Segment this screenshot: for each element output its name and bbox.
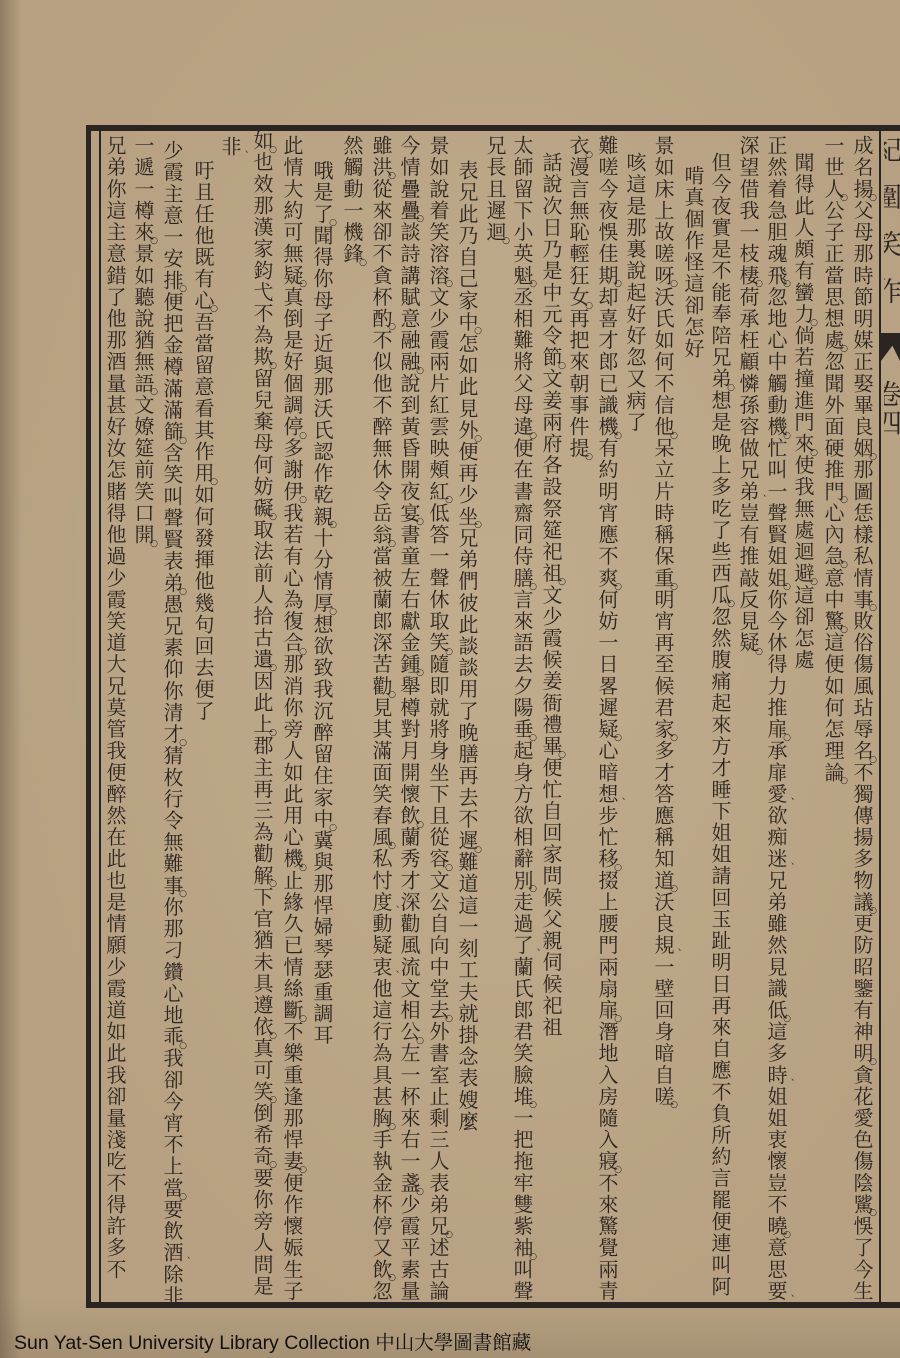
- text-column: 兄長且遲迴○: [482, 135, 508, 243]
- text-column: 一遞一樽來○景如聽說猶無語○文嫽筵前笑口開○: [130, 135, 156, 546]
- text-column: 太師留下小英魁○丞相難將父母違○便在書齋同侍膳○言來語去夕陽垂○起身方欲相辭別○…: [509, 135, 535, 1302]
- text-column: 啃真個作怪這卻怎好: [680, 165, 706, 359]
- frame-top-border: [86, 125, 900, 131]
- text-column: 景如說着笑溶溶○文少霞兩片紅雲映頰紅○低答一聲休取笑○隨即就將身坐下且從容○文公…: [425, 135, 451, 1302]
- text-column: 表兄此乃自己家中○怎如此見外○便再少坐○兄弟們彼此談談用了晚膳再去不遲○難道這一…: [454, 160, 480, 1132]
- frame-left-inner-border: [99, 131, 101, 1302]
- text-column: 難嗟今夜悞佳期○却喜才郎已識機○有約明宵應不爽○何妨一日畧遲疑○心暗想、步忙移○…: [594, 135, 620, 1302]
- text-column: 正然着急胆魂飛○忽地心中觸動機○忙叫一聲賢姐姐○你今休得力推扉○承扉愛、欲痴迷、…: [763, 135, 789, 1302]
- margin-volume: 卷四: [884, 380, 900, 460]
- margin-title: 紀圍笑作: [884, 136, 900, 336]
- library-watermark: Sun Yat-Sen University Library Collectio…: [14, 1327, 531, 1355]
- text-column: 然觸動一機鋒○: [339, 135, 365, 265]
- text-column: 今情疊疊○談詩講賦意融融○說到黃昏開夜宴○書童左右獻金鍾○舉樽對月開懷飲○蘭秀才…: [396, 135, 422, 1302]
- text-column: 咳這是那裏說起好好忽又病了: [622, 152, 648, 433]
- text-column: 但今夜實是不能奉陪兄弟○想是晚上多吃了些西瓜○忽然腹痛起來方才睡下姐姐請回玉趾明…: [707, 152, 733, 1297]
- text-column: 哦是了○聞得你母子近與那沃氏認作乾親○十分情厚○想欲致我沉醉留住家中○冀與那悍婦…: [309, 160, 335, 1046]
- text-column: 深望借我一枝棲○荷承枉顧憐孫容做兄弟、豈有推敲反見疑○: [735, 135, 761, 654]
- text-column: 非、: [217, 136, 243, 158]
- frame-bottom-border: [86, 1302, 900, 1308]
- text-column: 景如床上故嗟呀○沃氏如何不信他○呆立片時稱保重○明宵再至候君家○多才答應稱知道○…: [650, 135, 676, 1107]
- text-column: 此情大約可無疑○真倒是好個調停○多謝伊○我若有心為復合○那消你旁人如此用心機○止…: [279, 135, 305, 1302]
- text-column: 如○也效那漢家鈞弋不為欺○留兒棄母何妨礙○取法前人拾古遺○因此上○郡主再三為勸解…: [249, 130, 275, 1297]
- text-column: 吁且任他既有心○吾當留意看其作用○如何發揮他幾句回去便了: [190, 160, 216, 722]
- text-column: 成名揚○父母那時節明媒正娶畢良姻○那圖恁樣私情事○敗俗傷風玷辱名○不獨傳揚多物議…: [849, 135, 875, 1302]
- text-column: 話說次日乃是中元令節○文姜兩府各設祭筵祀祖○文少霞候姜衙禮畢○便忙自回家問候父親…: [538, 152, 564, 1038]
- banxin-border: [879, 131, 881, 1302]
- text-column: 一世人○公子正當思想處○忽聞外面硬推門○心內急○意中驚○這便如何怎理論○: [820, 135, 846, 783]
- frame-left-outer-border: [86, 125, 91, 1308]
- text-column: 衣○漫言無恥輕狂女○再把來朝事件提○: [565, 135, 591, 459]
- text-column: 兄弟你這主意錯了他那酒量甚好汝怎賭得他過少霞笑道大兄莫管我便醉然在此也是情願少霞…: [102, 135, 128, 1280]
- fishtail-mark: [881, 333, 900, 361]
- text-column: 聞得此人頗有蠻力○倘若撞進門來○使我無處迴避○這卻怎處: [790, 152, 816, 671]
- text-column: 少霞主意一安排○便把金樽滿滿篩○含笑叫聲賢表弟○愚兄素仰你清才○猜枚行令無難事○…: [159, 140, 185, 1307]
- text-column: 雖洪○從來卻不貪杯酌○不似他不醉無休令岳翁○當被蘭郎深苦勸○見其滿面笑春風○私忖…: [368, 135, 394, 1302]
